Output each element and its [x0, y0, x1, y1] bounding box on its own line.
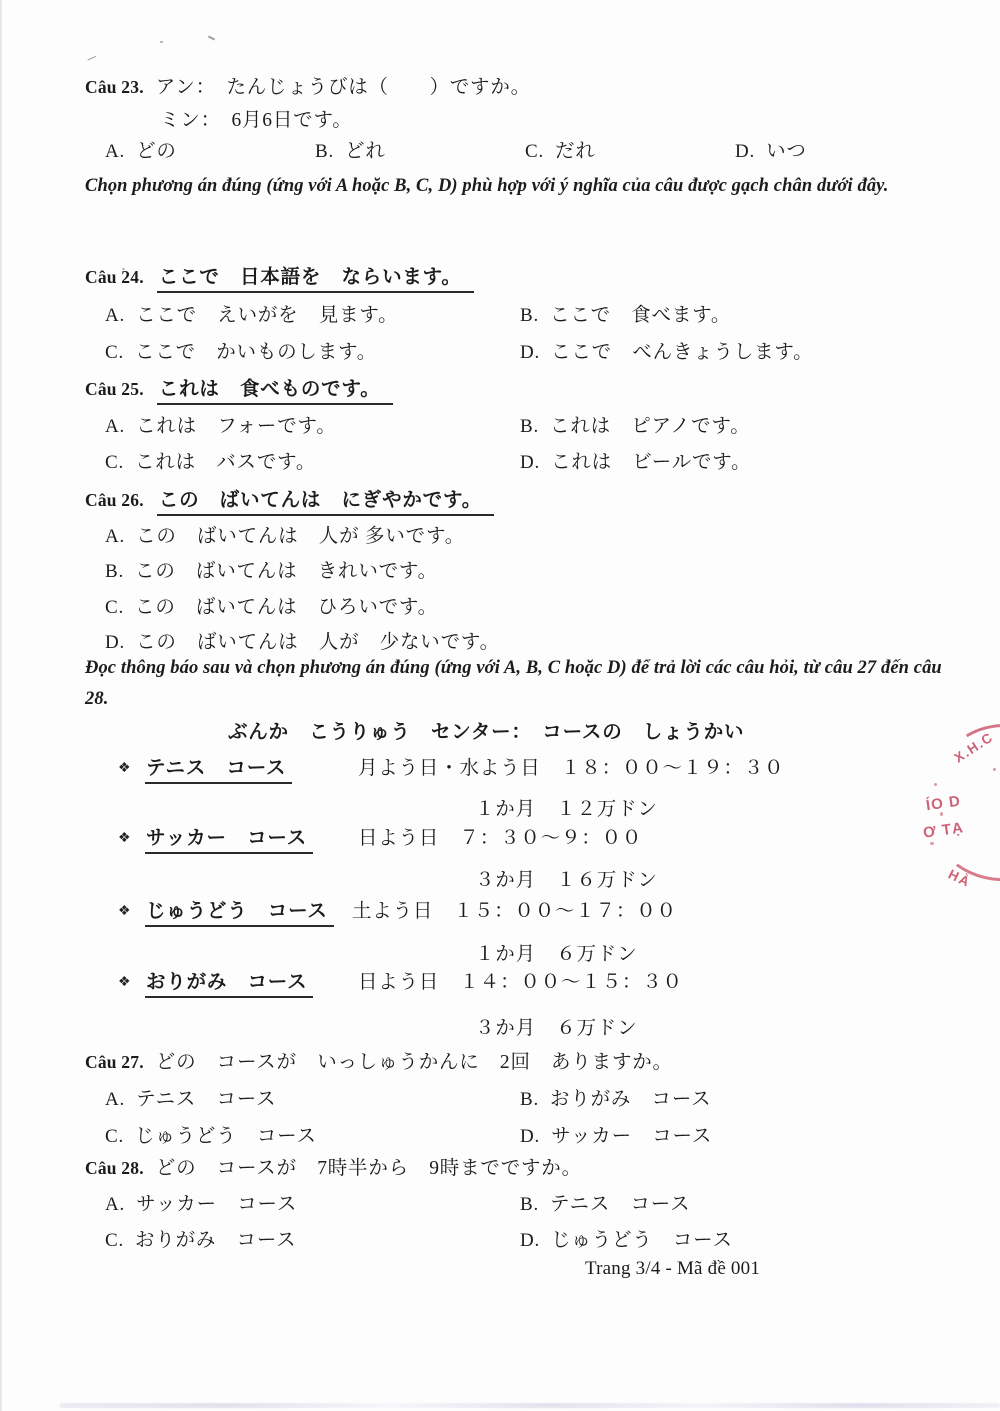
q23-label: Câu 23. — [85, 77, 144, 97]
option-text: じゅうどう コース — [551, 1230, 733, 1251]
q23-dialogue-line-2: ミン： 6月6日です。 — [160, 104, 353, 132]
option-key: C. — [105, 452, 124, 474]
option-key: C. — [105, 1230, 124, 1252]
option-text: どの — [136, 141, 177, 162]
course-schedule: 土よう日 １５：００～１７：００ — [352, 895, 677, 923]
q25-option-c: C.これは バスです。 — [105, 446, 316, 474]
q23-dialogue-line-1: アン： たんじょうびは（ ）ですか。 — [156, 77, 531, 98]
q23-option-b: B.どれ — [315, 135, 386, 163]
option-key: B. — [520, 1194, 539, 1216]
q28-option-c: C.おりがみ コース — [105, 1224, 296, 1252]
option-text: この ばいてんは ひろいです。 — [135, 597, 438, 618]
course-row-origami: ❖おりがみ コース — [118, 966, 313, 994]
q27-option-d: D.サッカー コース — [520, 1120, 712, 1148]
course-name: おりがみ コース — [145, 972, 313, 998]
option-text: ここで 食べます。 — [550, 305, 731, 326]
q27-stem: どの コースが いっしゅうかんに 2回 ありますか。 — [156, 1052, 673, 1073]
course-schedule: 日よう日 １４：００～１５：３０ — [358, 966, 683, 994]
option-key: D. — [520, 342, 540, 364]
option-text: この ばいてんは きれいです。 — [135, 561, 438, 582]
option-key: A. — [105, 1194, 125, 1216]
q27-option-a: A.テニス コース — [105, 1083, 276, 1111]
option-key: B. — [520, 1089, 539, 1111]
course-row-tennis: ❖テニス コース — [118, 752, 292, 780]
option-key: C. — [105, 1126, 124, 1148]
q26-label: Câu 26. — [85, 490, 144, 510]
scan-left-edge — [0, 0, 2, 1411]
option-key: D. — [520, 1230, 540, 1252]
q25-option-a: A.これは フォーです。 — [105, 410, 337, 438]
option-key: A. — [105, 526, 125, 548]
q24-stem: ここで 日本語を ならいます。 — [157, 267, 474, 293]
option-key: A. — [105, 1089, 125, 1111]
q26-option-a: A.この ばいてんは 人が 多いです。 — [105, 520, 465, 548]
option-text: おりがみ コース — [550, 1089, 711, 1110]
q28-option-b: B.テニス コース — [520, 1188, 690, 1216]
option-text: これは フォーです。 — [136, 416, 336, 437]
scan-bottom-edge — [60, 1403, 1000, 1408]
q28-option-d: D.じゅうどう コース — [520, 1224, 733, 1252]
course-schedule: 月よう日・水よう日 １８：００～１９：３０ — [358, 752, 784, 780]
q25-heading: Câu 25. これは 食べものです。 — [85, 373, 393, 401]
option-key: B. — [520, 305, 539, 327]
course-price: ３か月 １６万ドン — [475, 864, 658, 892]
q26-option-d: D.この ばいてんは 人が 少ないです。 — [105, 626, 500, 654]
q28-heading: Câu 28. どの コースが 7時半から 9時までですか。 — [85, 1152, 582, 1180]
option-text: サッカー コース — [136, 1194, 297, 1215]
course-row-soccer: ❖サッカー コース — [118, 822, 313, 850]
course-price: １か月 ６万ドン — [475, 938, 637, 966]
option-text: この ばいてんは 人が 少ないです。 — [136, 632, 500, 653]
q25-option-b: B.これは ピアノです。 — [520, 410, 751, 438]
course-row-judo: ❖じゅうどう コース — [118, 895, 334, 923]
stamp-ink-speck — [993, 768, 996, 771]
diamond-bullet-icon: ❖ — [118, 903, 145, 920]
option-text: テニス コース — [550, 1194, 690, 1215]
course-price: １か月 １２万ドン — [475, 793, 658, 821]
q26-option-b: B.この ばいてんは きれいです。 — [105, 555, 438, 583]
q24-heading: Câu 24. ここで 日本語を ならいます。 — [85, 261, 474, 289]
section-instruction-1: Chọn phương án đúng (ứng với A hoặc B, C… — [85, 170, 947, 203]
notice-title: ぶんか こうりゅう センター： コースの しょうかい — [228, 716, 744, 744]
option-key: B. — [315, 141, 334, 163]
option-key: A. — [105, 305, 125, 327]
q27-label: Câu 27. — [85, 1052, 144, 1072]
option-text: どれ — [345, 141, 386, 162]
stamp-ink-speck — [934, 783, 937, 786]
option-text: だれ — [555, 141, 596, 162]
scan-speck — [85, 50, 96, 60]
course-name: じゅうどう コース — [145, 901, 334, 927]
option-key: B. — [520, 416, 539, 438]
stamp-ink-speck — [940, 812, 943, 816]
q27-option-b: B.おりがみ コース — [520, 1083, 711, 1111]
option-text: ここで かいものします。 — [135, 342, 377, 363]
option-text: これは ビールです。 — [551, 452, 751, 473]
option-key: C. — [105, 342, 124, 364]
option-text: ここで えいがを 見ます。 — [136, 305, 398, 326]
option-key: B. — [105, 561, 124, 583]
q23-heading: Câu 23. アン： たんじょうびは（ ）ですか。 — [85, 71, 531, 99]
option-text: ここで べんきょうします。 — [551, 342, 813, 363]
option-key: A. — [105, 141, 125, 163]
option-key: A. — [105, 416, 125, 438]
option-key: C. — [525, 141, 544, 163]
option-key: C. — [105, 597, 124, 619]
option-text: じゅうどう コース — [135, 1126, 317, 1147]
course-name: サッカー コース — [145, 828, 313, 854]
option-text: いつ — [766, 141, 807, 162]
option-text: これは バスです。 — [135, 452, 316, 473]
q23-option-c: C.だれ — [525, 135, 596, 163]
q23-option-d: D.いつ — [735, 135, 807, 163]
section-instruction-2: Đọc thông báo sau và chọn phương án đúng… — [85, 653, 947, 714]
option-text: おりがみ コース — [135, 1230, 296, 1251]
page-footer: Trang 3/4 - Mã đề 001 — [585, 1258, 760, 1280]
exam-page: Câu 23. アン： たんじょうびは（ ）ですか。 ミン： 6月6日です。 A… — [0, 0, 1000, 1411]
option-key: D. — [520, 1126, 540, 1148]
option-key: D. — [520, 452, 540, 474]
q25-stem: これは 食べものです。 — [157, 379, 393, 405]
scan-speck — [160, 41, 163, 43]
option-text: この ばいてんは 人が 多いです。 — [136, 526, 465, 547]
q24-option-b: B.ここで 食べます。 — [520, 299, 731, 327]
course-price: ３か月 ６万ドン — [475, 1012, 637, 1040]
diamond-bullet-icon: ❖ — [118, 760, 145, 777]
q24-option-c: C.ここで かいものします。 — [105, 336, 377, 364]
q25-option-d: D.これは ビールです。 — [520, 446, 751, 474]
course-name: テニス コース — [145, 758, 292, 784]
q24-label: Câu 24. — [85, 267, 144, 287]
option-key: D. — [735, 141, 755, 163]
diamond-bullet-icon: ❖ — [118, 830, 145, 847]
q23-option-a: A.どの — [105, 135, 177, 163]
q24-option-a: A.ここで えいがを 見ます。 — [105, 299, 398, 327]
q28-label: Câu 28. — [85, 1158, 144, 1178]
diamond-bullet-icon: ❖ — [118, 974, 145, 991]
q24-option-d: D.ここで べんきょうします。 — [520, 336, 813, 364]
q27-heading: Câu 27. どの コースが いっしゅうかんに 2回 ありますか。 — [85, 1046, 673, 1074]
course-schedule: 日よう日 ７：３０～９：００ — [358, 822, 642, 850]
option-text: サッカー コース — [551, 1126, 712, 1147]
q26-heading: Câu 26. この ばいてんは にぎやかです。 — [85, 484, 494, 512]
q27-option-c: C.じゅうどう コース — [105, 1120, 317, 1148]
q25-label: Câu 25. — [85, 379, 144, 399]
stamp-ink-speck — [930, 842, 934, 845]
scan-speck — [208, 35, 215, 40]
option-key: D. — [105, 632, 125, 654]
q26-option-c: C.この ばいてんは ひろいです。 — [105, 591, 438, 619]
q26-stem: この ばいてんは にぎやかです。 — [157, 490, 494, 516]
q28-option-a: A.サッカー コース — [105, 1188, 297, 1216]
option-text: テニス コース — [136, 1089, 276, 1110]
q28-stem: どの コースが 7時半から 9時までですか。 — [156, 1158, 582, 1179]
option-text: これは ピアノです。 — [550, 416, 750, 437]
